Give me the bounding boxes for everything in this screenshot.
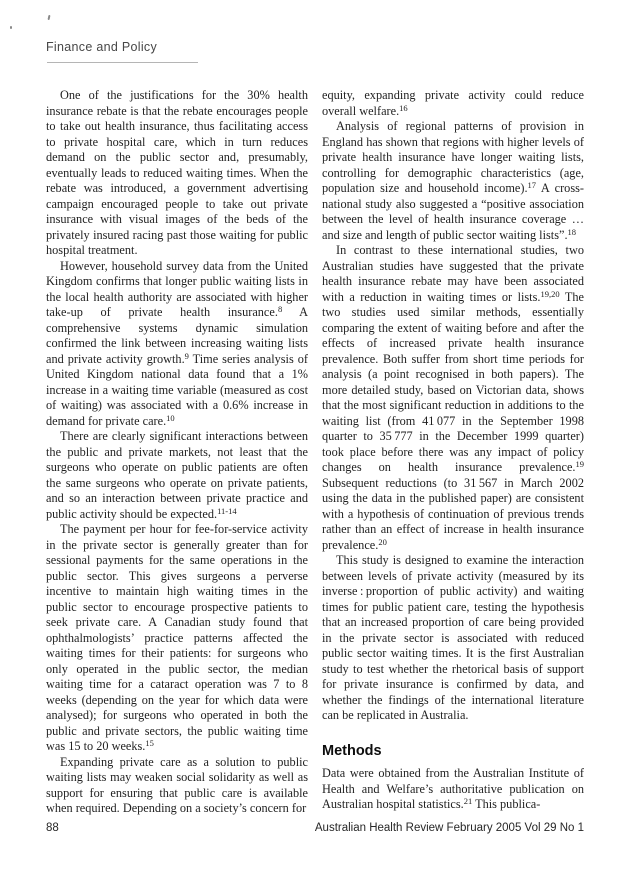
right-column: equity, expanding private activity could… bbox=[322, 88, 584, 817]
scan-speck bbox=[10, 26, 12, 29]
paragraph: The payment per hour for fee-for-service… bbox=[46, 522, 308, 755]
paragraph: There are clearly significant interactio… bbox=[46, 429, 308, 522]
section-heading: Methods bbox=[322, 744, 584, 760]
paragraph: However, household survey data from the … bbox=[46, 259, 308, 430]
paragraph: Data were obtained from the Australian I… bbox=[322, 766, 584, 813]
paragraph: In contrast to these international studi… bbox=[322, 243, 584, 553]
footnote-ref: 8 bbox=[278, 304, 282, 314]
footnote-ref: 16 bbox=[399, 103, 408, 113]
footnote-ref: 21 bbox=[464, 796, 473, 806]
journal-footer: Australian Health Review February 2005 V… bbox=[315, 822, 584, 834]
footnote-ref: 9 bbox=[185, 351, 189, 361]
footnote-ref: 15 bbox=[145, 738, 154, 748]
footnote-ref: 20 bbox=[378, 537, 387, 547]
footnote-ref: 10 bbox=[166, 413, 175, 423]
paragraph: This study is designed to examine the in… bbox=[322, 553, 584, 724]
running-head-rule bbox=[47, 62, 198, 63]
scan-speck bbox=[48, 15, 51, 20]
running-head: Finance and Policy bbox=[46, 40, 157, 54]
left-column: One of the justifications for the 30% he… bbox=[46, 88, 308, 817]
page-number: 88 bbox=[46, 822, 59, 834]
paragraph: Analysis of regional patterns of provisi… bbox=[322, 119, 584, 243]
footnote-ref: 19 bbox=[576, 459, 585, 469]
paragraph: Expanding private care as a solution to … bbox=[46, 755, 308, 817]
paragraph: One of the justifications for the 30% he… bbox=[46, 88, 308, 259]
footnote-ref: 18 bbox=[568, 227, 577, 237]
footnote-ref: 19,20 bbox=[540, 289, 559, 299]
footnote-ref: 11-14 bbox=[217, 506, 237, 516]
paragraph: equity, expanding private activity could… bbox=[322, 88, 584, 119]
footnote-ref: 17 bbox=[528, 180, 537, 190]
article-body: One of the justifications for the 30% he… bbox=[46, 88, 584, 817]
journal-page: Finance and Policy One of the justificat… bbox=[0, 0, 622, 879]
